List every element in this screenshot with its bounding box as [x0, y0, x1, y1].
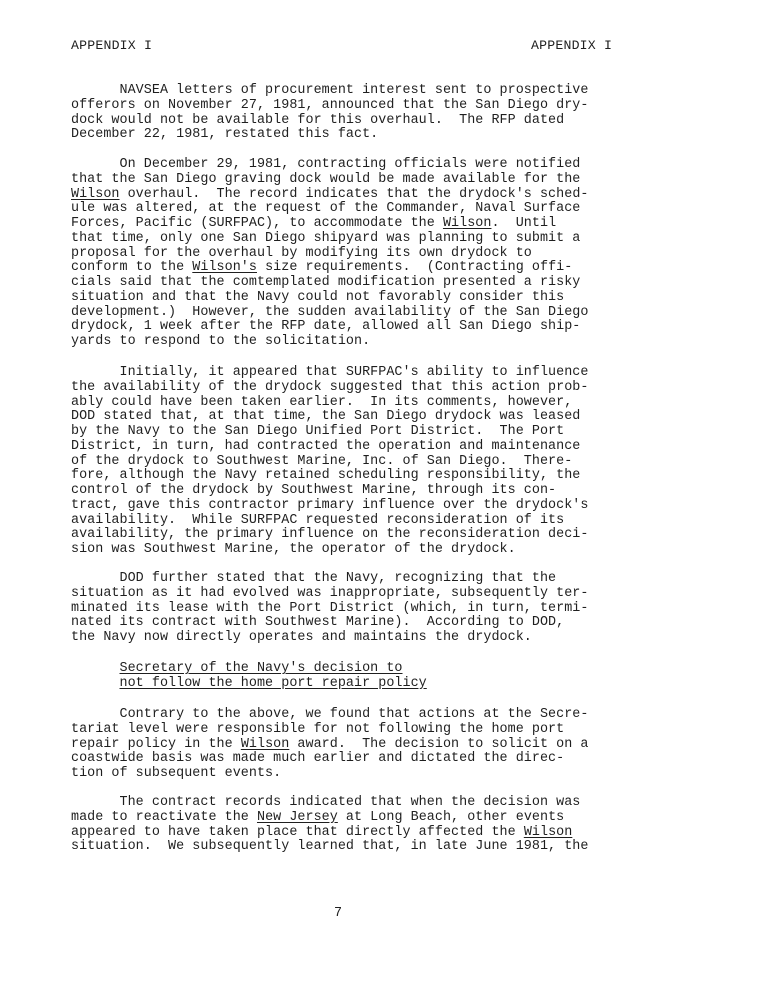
text-run: nated its contract with Southwest Marine… [71, 615, 564, 630]
paragraph-line: nated its contract with Southwest Marine… [71, 616, 564, 630]
paragraph-line: that time, only one San Diego shipyard w… [71, 232, 580, 246]
text-run: award. The decision to solicit on a [289, 737, 588, 752]
paragraph-line: drydock, 1 week after the RFP date, allo… [71, 320, 580, 334]
section-heading-line: not follow the home port repair policy [71, 677, 427, 691]
page-number: 7 [334, 906, 342, 921]
text-run: DOD stated that, at that time, the San D… [71, 409, 580, 424]
text-run [71, 661, 120, 676]
paragraph-line: fore, although the Navy retained schedul… [71, 469, 580, 483]
text-run: at Long Beach, other events [338, 810, 564, 825]
paragraph-line: The contract records indicated that when… [71, 796, 580, 810]
paragraph-line: Forces, Pacific (SURFPAC), to accommodat… [71, 217, 556, 231]
text-run: ule was altered, at the request of the C… [71, 201, 580, 216]
text-run: that the San Diego graving dock would be… [71, 172, 580, 187]
underlined-text: Wilson [524, 825, 573, 840]
text-run: availability, the primary influence on t… [71, 527, 588, 542]
paragraph-line: On December 29, 1981, contracting offici… [71, 158, 580, 172]
paragraph-line: by the Navy to the San Diego Unified Por… [71, 425, 564, 439]
text-run: situation and that the Navy could not fa… [71, 290, 564, 305]
text-run: dock would not be available for this ove… [71, 113, 564, 128]
paragraph-line: conform to the Wilson's size requirement… [71, 261, 572, 275]
paragraph-line: Contrary to the above, we found that act… [71, 708, 588, 722]
paragraph-line: offerors on November 27, 1981, announced… [71, 99, 588, 113]
running-header-right: APPENDIX I [531, 38, 612, 53]
paragraph-line: that the San Diego graving dock would be… [71, 173, 580, 187]
paragraph-line: minated its lease with the Port District… [71, 602, 588, 616]
paragraph-line: control of the drydock by Southwest Mari… [71, 484, 556, 498]
paragraph-line: yards to respond to the solicitation. [71, 335, 370, 349]
text-run: December 22, 1981, restated this fact. [71, 127, 378, 142]
paragraph-line: DOD stated that, at that time, the San D… [71, 410, 580, 424]
paragraph-line: availability, the primary influence on t… [71, 528, 588, 542]
text-run: minated its lease with the Port District… [71, 601, 588, 616]
paragraph-line: repair policy in the Wilson award. The d… [71, 738, 589, 752]
text-run: situation as it had evolved was inapprop… [71, 586, 588, 601]
text-run: The contract records indicated that when… [71, 795, 580, 810]
paragraph-line: sion was Southwest Marine, the operator … [71, 543, 516, 557]
text-run: Contrary to the above, we found that act… [71, 707, 588, 722]
underlined-text: Wilson [443, 216, 492, 231]
text-run: overhaul. The record indicates that the … [120, 187, 589, 202]
text-run: development.) However, the sudden availa… [71, 305, 588, 320]
text-run: offerors on November 27, 1981, announced… [71, 98, 588, 113]
text-run: Initially, it appeared that SURFPAC's ab… [71, 365, 588, 380]
paragraph-line: situation and that the Navy could not fa… [71, 291, 564, 305]
text-run: fore, although the Navy retained schedul… [71, 468, 580, 483]
text-run: yards to respond to the solicitation. [71, 334, 370, 349]
paragraph-line: situation. We subsequently learned that,… [71, 840, 588, 854]
paragraph-line: Wilson overhaul. The record indicates th… [71, 188, 589, 202]
text-run: size requirements. (Contracting offi- [257, 260, 572, 275]
text-run: control of the drydock by Southwest Mari… [71, 483, 556, 498]
text-run: made to reactivate the [71, 810, 257, 825]
text-run: repair policy in the [71, 737, 241, 752]
text-run: sion was Southwest Marine, the operator … [71, 542, 516, 557]
text-run: appeared to have taken place that direct… [71, 825, 524, 840]
text-run: tion of subsequent events. [71, 766, 281, 781]
text-run: situation. We subsequently learned that,… [71, 839, 588, 854]
text-run: DOD further stated that the Navy, recogn… [71, 571, 556, 586]
text-run: District, in turn, had contracted the op… [71, 439, 580, 454]
underlined-text: Wilson [241, 737, 290, 752]
paragraph-line: tion of subsequent events. [71, 767, 281, 781]
paragraph-line: the availability of the drydock suggeste… [71, 381, 588, 395]
paragraph-line: appeared to have taken place that direct… [71, 826, 572, 840]
running-header-left: APPENDIX I [71, 38, 152, 53]
paragraph-line: cials said that the comtemplated modific… [71, 276, 580, 290]
text-run: tract, gave this contractor primary infl… [71, 498, 588, 513]
text-run: . Until [491, 216, 556, 231]
text-run: the Navy now directly operates and maint… [71, 630, 532, 645]
paragraph-line: of the drydock to Southwest Marine, Inc.… [71, 455, 572, 469]
paragraph-line: NAVSEA letters of procurement interest s… [71, 84, 588, 98]
paragraph-line: proposal for the overhaul by modifying i… [71, 247, 532, 261]
text-run: Forces, Pacific (SURFPAC), to accommodat… [71, 216, 443, 231]
text-run: cials said that the comtemplated modific… [71, 275, 580, 290]
underlined-text: New Jersey [257, 810, 338, 825]
underlined-text: Wilson [71, 187, 120, 202]
text-run: tariat level were responsible for not fo… [71, 722, 564, 737]
section-heading-line: Secretary of the Navy's decision to [71, 662, 403, 676]
paragraph-line: the Navy now directly operates and maint… [71, 631, 532, 645]
document-page: APPENDIX I APPENDIX I NAVSEA letters of … [0, 0, 768, 994]
paragraph-line: situation as it had evolved was inapprop… [71, 587, 588, 601]
paragraph-line: dock would not be available for this ove… [71, 114, 564, 128]
text-run: drydock, 1 week after the RFP date, allo… [71, 319, 580, 334]
text-run: that time, only one San Diego shipyard w… [71, 231, 580, 246]
paragraph-line: made to reactivate the New Jersey at Lon… [71, 811, 564, 825]
text-run: of the drydock to Southwest Marine, Inc.… [71, 454, 572, 469]
text-run: by the Navy to the San Diego Unified Por… [71, 424, 564, 439]
paragraph-line: December 22, 1981, restated this fact. [71, 128, 378, 142]
underlined-text: Wilson's [192, 260, 257, 275]
paragraph-line: tariat level were responsible for not fo… [71, 723, 564, 737]
text-run: ably could have been taken earlier. In i… [71, 395, 572, 410]
text-run: the availability of the drydock suggeste… [71, 380, 588, 395]
paragraph-line: development.) However, the sudden availa… [71, 306, 588, 320]
underlined-text: not follow the home port repair policy [120, 676, 427, 691]
paragraph-line: District, in turn, had contracted the op… [71, 440, 580, 454]
text-run: availability. While SURFPAC requested re… [71, 513, 564, 528]
paragraph-line: Initially, it appeared that SURFPAC's ab… [71, 366, 588, 380]
paragraph-line: tract, gave this contractor primary infl… [71, 499, 588, 513]
text-run: NAVSEA letters of procurement interest s… [71, 83, 588, 98]
paragraph-line: ably could have been taken earlier. In i… [71, 396, 572, 410]
underlined-text: Secretary of the Navy's decision to [120, 661, 403, 676]
paragraph-line: ule was altered, at the request of the C… [71, 202, 580, 216]
text-run: On December 29, 1981, contracting offici… [71, 157, 580, 172]
paragraph-line: availability. While SURFPAC requested re… [71, 514, 564, 528]
paragraph-line: DOD further stated that the Navy, recogn… [71, 572, 556, 586]
text-run: conform to the [71, 260, 192, 275]
paragraph-line: coastwide basis was made much earlier an… [71, 752, 564, 766]
text-run: proposal for the overhaul by modifying i… [71, 246, 532, 261]
text-run [71, 676, 120, 691]
text-run: coastwide basis was made much earlier an… [71, 751, 564, 766]
